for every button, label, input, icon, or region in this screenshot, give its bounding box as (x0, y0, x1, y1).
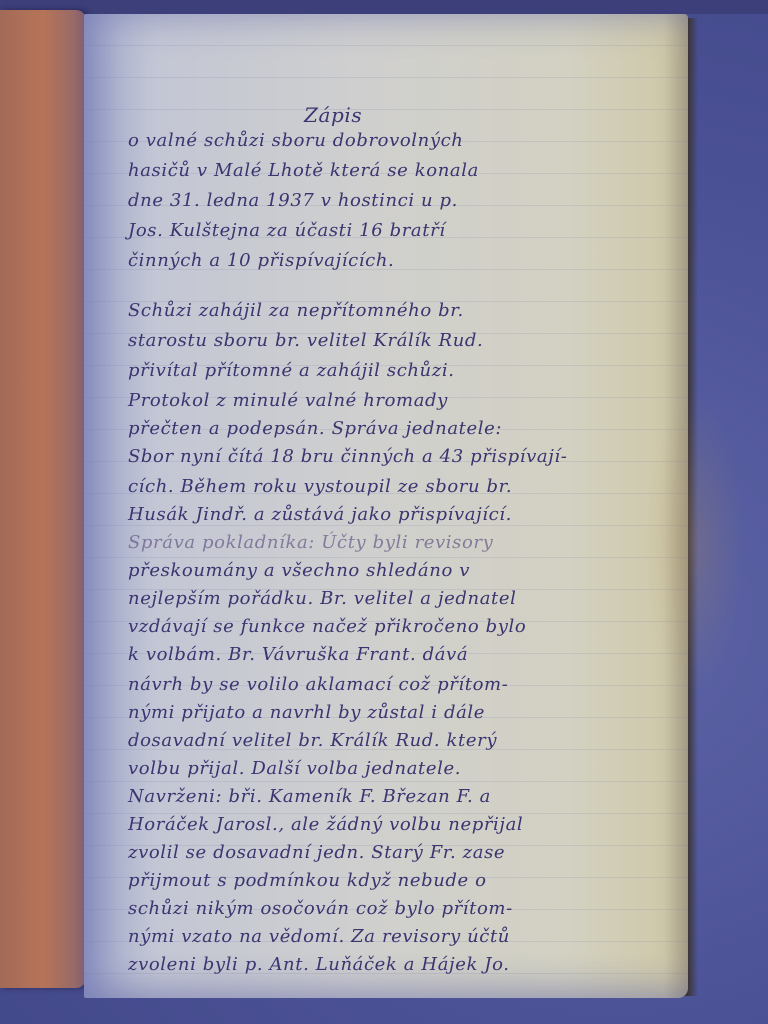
text-line: přivítal přítomné a zahájil schůzi. (128, 358, 455, 384)
paper-stain (644, 394, 744, 694)
text-line: vzdávají se funkce načež přikročeno bylo (128, 614, 526, 640)
text-line: přečten a podepsán. Správa jednatele: (128, 416, 502, 442)
text-line: zvolil se dosavadní jedn. Starý Fr. zase (128, 840, 505, 866)
text-line: k volbám. Br. Vávruška Frant. dává (128, 642, 468, 668)
text-line: nými přijato a navrhl by zůstal i dále (128, 700, 485, 726)
text-line: návrh by se volilo aklamací což přítom- (128, 672, 508, 698)
notebook-page: Zápis o valné schůzi sboru dobrovolných … (84, 14, 688, 998)
text-line: starostu sboru br. velitel Králík Rud. (128, 328, 483, 354)
text-line: o valné schůzi sboru dobrovolných (128, 128, 464, 154)
text-line: Sbor nyní čítá 18 bru činných a 43 přisp… (128, 444, 567, 470)
page-title: Zápis (304, 102, 362, 128)
text-line: Správa pokladníka: Účty byli revisory (128, 530, 493, 556)
text-line: Schůzi zahájil za nepřítomného br. (128, 298, 464, 324)
text-line: dne 31. ledna 1937 v hostinci u p. (128, 188, 458, 214)
text-line: Horáček Jarosl., ale žádný volbu nepřija… (128, 812, 523, 838)
text-line: zvoleni byli p. Ant. Luňáček a Hájek Jo. (128, 952, 510, 978)
text-line: volbu přijal. Další volba jednatele. (128, 756, 461, 782)
text-line: schůzi nikým osočován což bylo přítom- (128, 896, 513, 922)
text-line: přijmout s podmínkou když nebude o (128, 868, 487, 894)
text-line: hasičů v Malé Lhotě která se konala (128, 158, 479, 184)
text-line: Jos. Kulštejna za účasti 16 bratří (128, 218, 446, 244)
text-line: Husák Jindř. a zůstává jako přispívající… (128, 502, 512, 528)
text-line: činných a 10 přispívajících. (128, 248, 394, 274)
text-line: nejlepším pořádku. Br. velitel a jednate… (128, 586, 516, 612)
background-top-band (0, 0, 768, 14)
text-line: cích. Během roku vystoupil ze sboru br. (128, 474, 512, 500)
notebook-cover (0, 10, 86, 988)
text-line: Protokol z minulé valné hromady (128, 388, 448, 414)
text-line: nými vzato na vědomí. Za revisory účtů (128, 924, 510, 950)
text-line: Navrženi: bři. Kameník F. Březan F. a (128, 784, 491, 810)
text-line: přeskoumány a všechno shledáno v (128, 558, 470, 584)
text-line: dosavadní velitel br. Králík Rud. který (128, 728, 497, 754)
